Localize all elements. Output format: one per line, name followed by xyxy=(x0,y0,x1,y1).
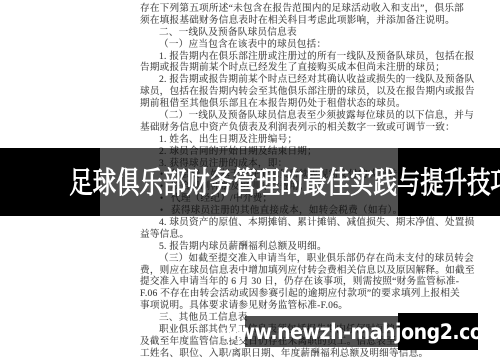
scanned-document-page: 存在下列第五项所述“未包含在报告范围内的足球活动收入和支出”，俱乐部 须在填报基… xyxy=(0,0,500,362)
doc-line: 费，则应在球员信息表中增加填列应付转会费相关信息以及原因解释。如截至 xyxy=(140,265,480,277)
doc-line: 2. 报告期或报告期前某个时点已经对其确认收益或损失的一线队及预备队 xyxy=(140,74,480,86)
doc-line: （三）如截至提交准入申请当年，职业俱乐部仍存在尚未支付的球员转会 xyxy=(140,253,480,265)
doc-line: 须在填报基础财务信息表时在相关科目考虑此项影响，并添加备注说明。 xyxy=(140,15,480,27)
doc-line: 4. 球员资产的原值、本期摊销、累计摊销、减值损失、期末净值、处置损 xyxy=(140,217,480,229)
doc-line: F.06 不存在由转会活动或因参赛引起的逾期应付款项”的要求填列上报相关 xyxy=(140,288,480,300)
article-headline-text: 足球俱乐部财务管理的最佳实践与提升技巧解析 xyxy=(69,167,500,201)
doc-line: 益等信息。 xyxy=(140,229,480,241)
doc-line: 基础财务信息中资产负债表及利润表列示的相关数字一致或可调节一致： xyxy=(140,122,480,134)
doc-line: 1. 报告期内在俱乐部注册或注册过的所有一线队及预备队球员，包括在报 xyxy=(140,51,480,63)
watermark: www.newzh-mahjong2.com xyxy=(245,313,478,350)
doc-line: 提交准入申请当年的 6 月 30 日，仍存在该事项，则需按照“财务监管标准- xyxy=(140,276,480,288)
doc-line: 事项说明。具体要求请参见财务监管标准-F.06。 xyxy=(140,300,480,312)
doc-line: 存在下列第五项所述“未包含在报告范围内的足球活动收入和支出”，俱乐部 xyxy=(140,3,480,15)
doc-line: 期前租借至其他俱乐部且在本报告期仍处于租借状态的球员。 xyxy=(140,98,480,110)
watermark-url-text: www.newzh-mahjong2.com xyxy=(221,320,500,344)
doc-section-heading: 二、一线队及预备队球员信息表 xyxy=(140,27,480,39)
doc-line: 球员，包括在报告期内转会至其他俱乐部注册的球员，以及在报告期内或报告 xyxy=(140,86,480,98)
doc-line: （二）一线队及预备队球员信息表至少须披露每位球员的以下信息，并与 xyxy=(140,110,480,122)
watermark-url: www.newzh-mahjong2.com xyxy=(245,313,478,350)
doc-line: 1. 姓名、出生日期及注册编号； xyxy=(140,134,480,146)
doc-line: 5. 报告期内球员薪酬福利总额及明细。 xyxy=(140,241,480,253)
article-headline: 足球俱乐部财务管理的最佳实践与提升技巧解析 xyxy=(0,167,500,201)
doc-line: 告期或报告期前某个时点已经发生了直接购买成本但尚未注册的球员； xyxy=(140,62,480,74)
doc-line: （一）应当包含在该表中的球员包括： xyxy=(140,39,480,51)
